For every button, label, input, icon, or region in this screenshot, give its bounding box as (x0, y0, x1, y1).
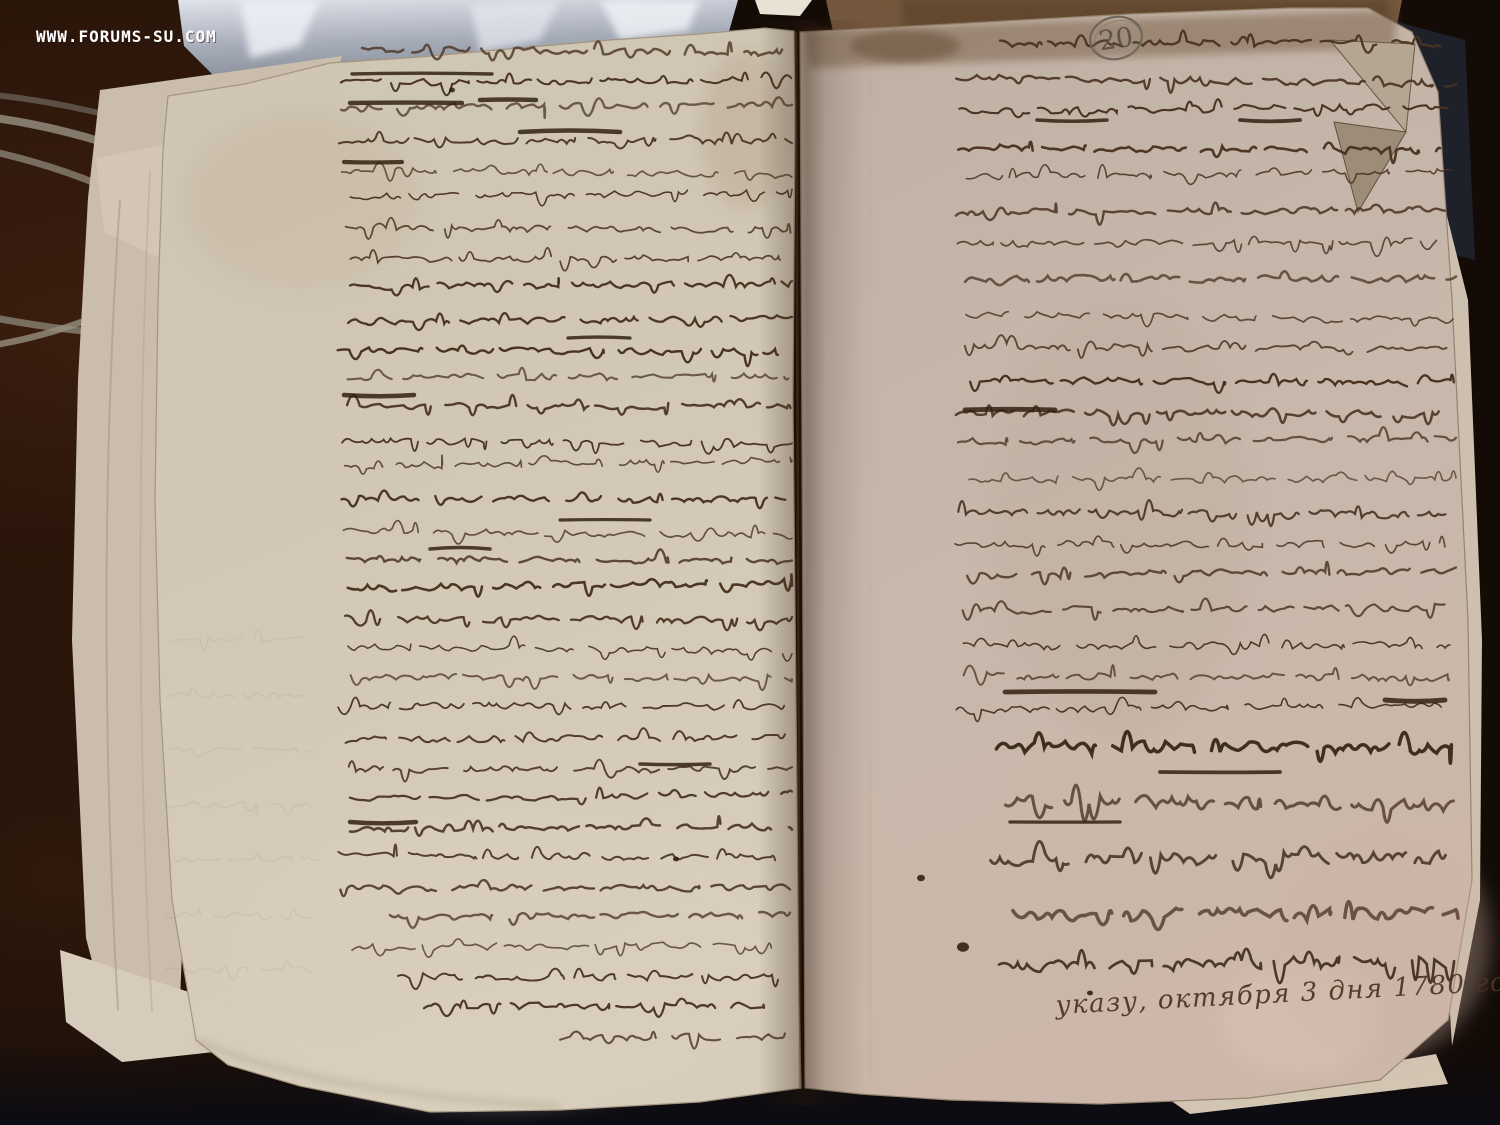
paper-highlight (230, 810, 770, 1110)
correction-stroke (430, 548, 490, 549)
page-number: 20 (1097, 22, 1135, 57)
correction-stroke (640, 764, 710, 765)
correction-stroke (352, 73, 492, 74)
manuscript-photo: 20 указу, октября 3 дня 1780 го WWW.FORU… (0, 0, 1500, 1125)
pink-tone (1270, 820, 1490, 1060)
correction-stroke (1037, 120, 1107, 121)
gutter-shadow (758, 20, 868, 1105)
ink-spot (673, 857, 679, 862)
photo-canvas: 20 указу, октября 3 дня 1780 го (0, 0, 1500, 1125)
right-page (800, 8, 1490, 1104)
paper-shading (180, 110, 420, 290)
correction-stroke (344, 395, 414, 396)
ink-spot (917, 875, 925, 881)
correction-stroke (350, 822, 416, 823)
ink-spot (957, 942, 969, 952)
correction-stroke (1240, 120, 1300, 121)
correction-stroke (1005, 691, 1155, 692)
correction-stroke (1385, 700, 1445, 701)
correction-stroke (520, 131, 620, 133)
left-page (155, 28, 801, 1112)
ink-spot (449, 88, 455, 93)
correction-stroke (965, 409, 1055, 410)
watermark-text: WWW.FORUMS-SU.COM (36, 27, 217, 46)
correction-stroke (568, 337, 630, 338)
